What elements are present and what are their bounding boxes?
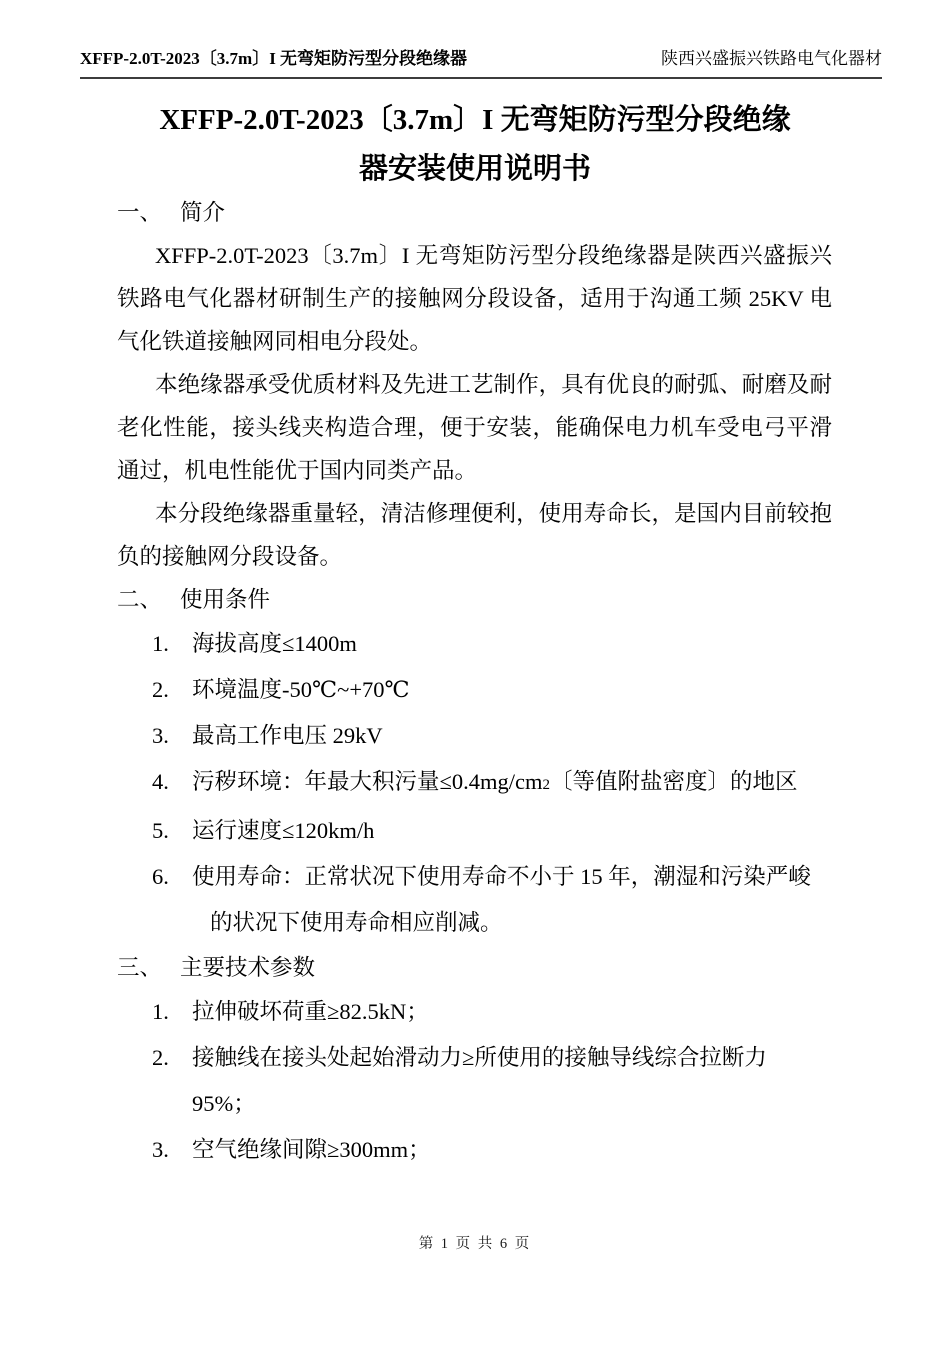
item-text-pre: 污秽环境：年最大积污量≤0.4mg/cm — [192, 769, 542, 794]
item-text: 使用寿命：正常状况下使用寿命不小于 15 年，潮湿和污染严峻的状况下使用寿命相应… — [192, 854, 832, 946]
section-label: 使用条件 — [180, 587, 270, 612]
item-number: 1. — [152, 621, 192, 667]
param-item-sliding-force: 2. 接触线在接头处起始滑动力≥所使用的接触导线综合拉断力 95%； — [117, 1035, 832, 1127]
item-text: 拉伸破坏荷重≥82.5kN； — [192, 989, 832, 1035]
section-number: 一、 — [117, 200, 162, 225]
item-text-post: 〔等值附盐密度〕的地区 — [550, 769, 798, 794]
document-title: XFFP-2.0T-2023〔3.7m〕I 无弯矩防污型分段绝缘 器安装使用说明… — [110, 96, 840, 194]
section-heading-usage-conditions: 二、使用条件 — [117, 578, 832, 621]
page-header: XFFP-2.0T-2023〔3.7m〕I 无弯矩防污型分段绝缘器 陕西兴盛振兴… — [80, 46, 882, 79]
document-page: XFFP-2.0T-2023〔3.7m〕I 无弯矩防污型分段绝缘器 陕西兴盛振兴… — [0, 0, 950, 1345]
section-heading-intro: 一、简介 — [117, 191, 832, 234]
item-number: 3. — [152, 713, 192, 759]
item-number: 2. — [152, 667, 192, 713]
item-text-exponent: 2 — [542, 777, 550, 793]
item-number: 6. — [152, 854, 192, 946]
section-number: 二、 — [117, 587, 162, 612]
item-text: 环境温度-50℃~+70℃ — [192, 667, 832, 713]
item-number: 3. — [152, 1127, 192, 1173]
document-body: 一、简介 XFFP-2.0T-2023〔3.7m〕I 无弯矩防污型分段绝缘器是陕… — [117, 191, 832, 1173]
usage-item-temperature: 2. 环境温度-50℃~+70℃ — [117, 667, 832, 713]
header-doc-title: XFFP-2.0T-2023〔3.7m〕I 无弯矩防污型分段绝缘器 — [80, 46, 467, 72]
section-number: 三、 — [117, 955, 162, 980]
item-text: 接触线在接头处起始滑动力≥所使用的接触导线综合拉断力 95%； — [192, 1035, 832, 1127]
item-text: 污秽环境：年最大积污量≤0.4mg/cm2〔等值附盐密度〕的地区 — [192, 759, 832, 808]
item-number: 5. — [152, 808, 192, 854]
section-heading-technical-parameters: 三、主要技术参数 — [117, 946, 832, 989]
title-line-2: 器安装使用说明书 — [110, 145, 840, 194]
header-company-name: 陕西兴盛振兴铁路电气化器材 — [661, 46, 882, 72]
usage-item-max-voltage: 3. 最高工作电压 29kV — [117, 713, 832, 759]
section-label: 简介 — [180, 200, 225, 225]
page-number-footer: 第 1 页 共 6 页 — [0, 1232, 950, 1253]
item-text: 最高工作电压 29kV — [192, 713, 832, 759]
usage-item-speed: 5. 运行速度≤120km/h — [117, 808, 832, 854]
usage-item-pollution: 4. 污秽环境：年最大积污量≤0.4mg/cm2〔等值附盐密度〕的地区 — [117, 759, 832, 808]
item-text-line-1: 使用寿命：正常状况下使用寿命不小于 15 年，潮湿和污染严峻 — [192, 864, 811, 889]
item-text: 海拔高度≤1400m — [192, 621, 832, 667]
item-number: 4. — [152, 759, 192, 808]
title-line-1: XFFP-2.0T-2023〔3.7m〕I 无弯矩防污型分段绝缘 — [110, 96, 840, 145]
param-item-tensile-load: 1. 拉伸破坏荷重≥82.5kN； — [117, 989, 832, 1035]
intro-paragraph-2: 本绝缘器承受优质材料及先进工艺制作，具有优良的耐弧、耐磨及耐老化性能，接头线夹构… — [117, 363, 832, 492]
usage-item-altitude: 1. 海拔高度≤1400m — [117, 621, 832, 667]
item-number: 1. — [152, 989, 192, 1035]
usage-item-service-life: 6. 使用寿命：正常状况下使用寿命不小于 15 年，潮湿和污染严峻的状况下使用寿… — [117, 854, 832, 946]
item-text-line-2: 的状况下使用寿命相应削减。 — [192, 900, 832, 946]
intro-paragraph-3: 本分段绝缘器重量轻，清洁修理便利，使用寿命长，是国内目前较抱负的接触网分段设备。 — [117, 492, 832, 578]
item-text: 运行速度≤120km/h — [192, 808, 832, 854]
intro-paragraph-1: XFFP-2.0T-2023〔3.7m〕I 无弯矩防污型分段绝缘器是陕西兴盛振兴… — [117, 234, 832, 363]
param-item-air-gap: 3. 空气绝缘间隙≥300mm； — [117, 1127, 832, 1173]
item-text: 空气绝缘间隙≥300mm； — [192, 1127, 832, 1173]
section-label: 主要技术参数 — [180, 955, 315, 980]
item-number: 2. — [152, 1035, 192, 1127]
